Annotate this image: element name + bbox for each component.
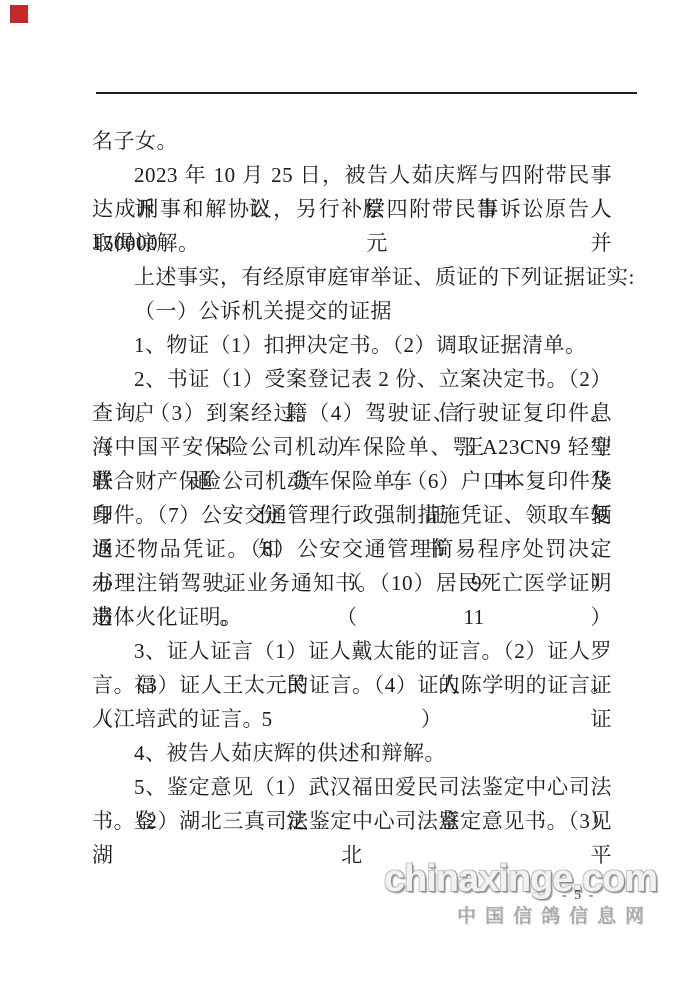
red-square-marker [10,5,28,23]
header-rule [96,92,637,94]
document-line: 返还物品凭证。（8）公安交通管理简易程序处罚决定书。（9） [92,532,612,566]
document-line: 1、物证（1）扣押决定书。（2）调取证据清单。 [92,328,612,362]
document-line: 5、鉴定意见（1）武汉福田爱民司法鉴定中心司法鉴定意见 [92,770,612,804]
watermark-site-text: chinaxinge.com [384,858,657,901]
document-line: 名子女。 [92,124,612,158]
page-number: - 5 - [562,888,595,904]
watermark-chinese-name: 中国信鸽信息网 [457,901,653,928]
document-line: 2023 年 10 月 25 日，被告人茹庆辉与四附带民事诉讼原告人 [92,158,612,192]
document-line: 印件。（7）公安交通管理行政强制措施凭证、领取车辆通知书、 [92,498,612,532]
document-line: 4、被告人茹庆辉的供述和辩解。 [92,736,612,770]
document-line: 上述事实，有经原审庭审举证、质证的下列证据证实: [92,260,612,294]
document-line: 3、证人证言（1）证人戴太能的证言。（2）证人罗福民的证 [92,634,612,668]
document-line: 办理注销驾驶证业务通知书。（10）居民死亡医学证明书。（11） [92,566,612,600]
document-line: 言。（3）证人王太元的证言。（4）证人陈学明的证言。（5）证 [92,668,612,702]
document-line: 查询。（3）到案经过。（4）驾驶证、行驶证复印件。（5）王守 [92,396,612,430]
document-line: 2、书证（1）受案登记表 2 份、立案决定书。（2）户籍信息 [92,362,612,396]
scanned-document-page: 名子女。2023 年 10 月 25 日，被告人茹庆辉与四附带民事诉讼原告人达成… [0,0,700,983]
document-line: 达成刑事和解协议，另行补偿四附带民事诉讼原告人 150000 元并 [92,192,612,226]
document-line: 联合财产保险公司机动车保险单。（6）户口本复印件及身份证复 [92,464,612,498]
document-line: 海中国平安保险公司机动车保险单、鄂 A23CN9 轻型普通货车中华 [92,430,612,464]
document-body: 名子女。2023 年 10 月 25 日，被告人茹庆辉与四附带民事诉讼原告人达成… [92,124,612,838]
document-line: 书。（2）湖北三真司法鉴定中心司法鉴定意见书。（3）湖北平 [92,804,612,838]
document-line: （一）公诉机关提交的证据 [92,294,612,328]
